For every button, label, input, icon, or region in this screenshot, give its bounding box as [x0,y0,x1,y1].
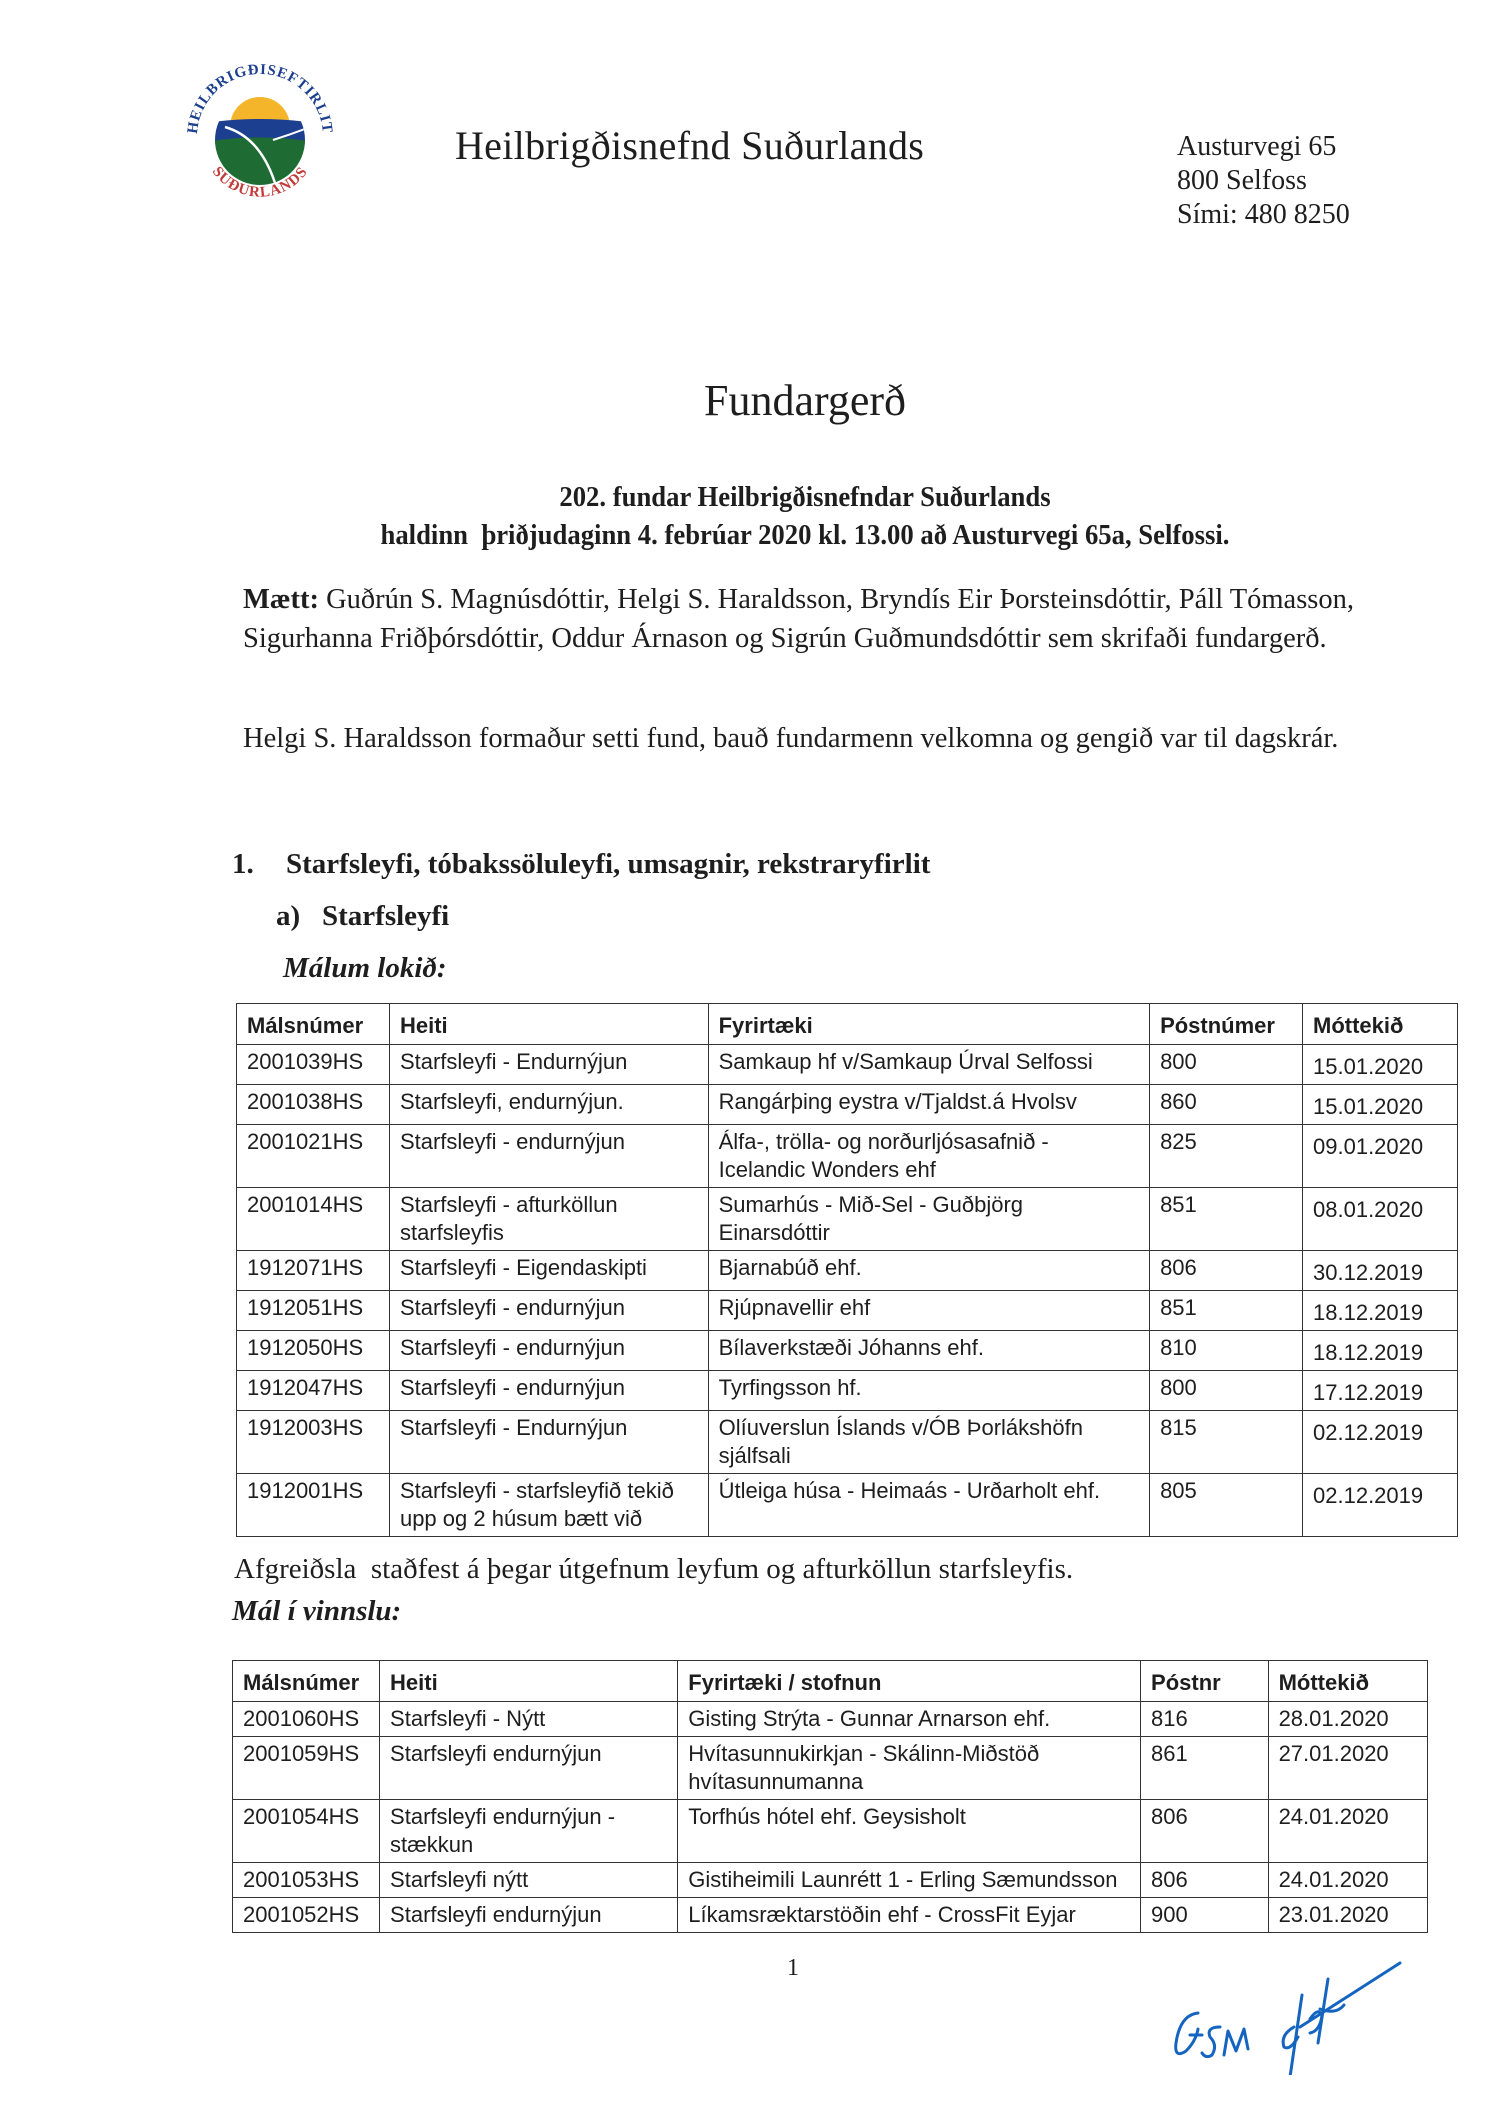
cell-company: Líkamsræktarstöðin ehf - CrossFit Eyjar [678,1898,1141,1933]
cell-postal-code: 861 [1141,1737,1269,1800]
table-row: 2001060HSStarfsleyfi - NýttGisting Strýt… [233,1702,1428,1737]
cell-title: Starfsleyfi - Eigendaskipti [389,1251,708,1291]
table-row: 2001053HSStarfsleyfi nýttGistiheimili La… [233,1863,1428,1898]
cell-postal-code: 900 [1141,1898,1269,1933]
cell-received-date: 30.12.2019 [1303,1251,1458,1291]
cell-received-date: 18.12.2019 [1303,1331,1458,1371]
column-header-title: Heiti [389,1004,708,1045]
cell-received-date: 23.01.2020 [1268,1898,1427,1933]
column-header-received-date: Móttekið [1268,1661,1427,1702]
cell-received-date: 02.12.2019 [1303,1474,1458,1537]
cell-received-date: 08.01.2020 [1303,1188,1458,1251]
cell-received-date: 18.12.2019 [1303,1291,1458,1331]
cell-case-number: 2001054HS [233,1800,380,1863]
cell-case-number: 1912047HS [237,1371,390,1411]
column-header-company: Fyrirtæki [708,1004,1149,1045]
page-number: 1 [787,1955,799,1982]
in-progress-cases-table: MálsnúmerHeitiFyrirtæki / stofnunPóstnrM… [232,1660,1428,1933]
cell-postal-code: 860 [1150,1085,1303,1125]
section-title: Starfsleyfi, tóbakssöluleyfi, umsagnir, … [286,848,930,880]
cell-case-number: 1912003HS [237,1411,390,1474]
cell-company: Olíuverslun Íslands v/ÓB Þorlákshöfn sjá… [708,1411,1149,1474]
subsection-letter: a) [276,900,322,933]
cell-company: Bjarnabúð ehf. [708,1251,1149,1291]
cell-title: Starfsleyfi endurnýjun [380,1898,678,1933]
cell-title: Starfsleyfi - starfsleyfið tekið upp og … [389,1474,708,1537]
table-row: 1912071HSStarfsleyfi - EigendaskiptiBjar… [237,1251,1458,1291]
cell-postal-code: 825 [1150,1125,1303,1188]
cell-received-date: 24.01.2020 [1268,1800,1427,1863]
cell-title: Starfsleyfi - Nýtt [380,1702,678,1737]
table-header-row: MálsnúmerHeitiFyrirtæki / stofnunPóstnrM… [233,1661,1428,1702]
section-number: 1. [232,848,286,881]
cell-case-number: 2001052HS [233,1898,380,1933]
cell-postal-code: 800 [1150,1045,1303,1085]
closed-cases-table: MálsnúmerHeitiFyrirtækiPóstnúmerMóttekið… [236,1003,1458,1537]
cell-company: Bílaverkstæði Jóhanns ehf. [708,1331,1149,1371]
address-street: Austurvegi 65 [1177,130,1350,164]
section-heading: 1.Starfsleyfi, tóbakssöluleyfi, umsagnir… [232,848,930,881]
cell-company: Hvítasunnukirkjan - Skálinn-Miðstöð hvít… [678,1737,1141,1800]
cell-case-number: 2001053HS [233,1863,380,1898]
table-row: 2001021HSStarfsleyfi - endurnýjunÁlfa-, … [237,1125,1458,1188]
subsection-heading: a)Starfsleyfi [276,900,449,933]
cell-title: Starfsleyfi - Endurnýjun [389,1045,708,1085]
cell-case-number: 1912001HS [237,1474,390,1537]
cell-received-date: 28.01.2020 [1268,1702,1427,1737]
table-row: 2001014HSStarfsleyfi - afturköllun starf… [237,1188,1458,1251]
cell-company: Rjúpnavellir ehf [708,1291,1149,1331]
attendees-list: Guðrún S. Magnúsdóttir, Helgi S. Haralds… [243,584,1354,654]
organization-logo-icon: HEILBRIGÐISEFTIRLIT SUÐURLANDS [175,45,345,215]
cell-case-number: 2001060HS [233,1702,380,1737]
meeting-heading-line-1: 202. fundar Heilbrigðisnefndar Suðurland… [64,478,1500,516]
column-header-postal-code: Póstnr [1141,1661,1269,1702]
cell-title: Starfsleyfi nýtt [380,1863,678,1898]
table-row: 2001059HSStarfsleyfi endurnýjunHvítasunn… [233,1737,1428,1800]
in-progress-cases-heading: Mál í vinnslu: [232,1595,401,1628]
table-row: 2001038HSStarfsleyfi, endurnýjun.Rangárþ… [237,1085,1458,1125]
cell-postal-code: 851 [1150,1188,1303,1251]
cell-case-number: 1912050HS [237,1331,390,1371]
handwritten-initials-icon [1160,1955,1420,2075]
cell-postal-code: 815 [1150,1411,1303,1474]
table-row: 1912050HSStarfsleyfi - endurnýjunBílaver… [237,1331,1458,1371]
cell-received-date: 09.01.2020 [1303,1125,1458,1188]
cell-title: Starfsleyfi - endurnýjun [389,1331,708,1371]
confirmation-text: Afgreiðsla staðfest á þegar útgefnum ley… [234,1553,1073,1586]
column-header-case-number: Málsnúmer [233,1661,380,1702]
meeting-heading: 202. fundar Heilbrigðisnefndar Suðurland… [64,478,1500,554]
cell-case-number: 1912051HS [237,1291,390,1331]
cell-received-date: 15.01.2020 [1303,1045,1458,1085]
table-row: 2001052HSStarfsleyfi endurnýjunLíkamsræk… [233,1898,1428,1933]
closed-cases-heading: Málum lokið: [283,952,447,985]
cell-received-date: 17.12.2019 [1303,1371,1458,1411]
cell-received-date: 02.12.2019 [1303,1411,1458,1474]
cell-company: Torfhús hótel ehf. Geysisholt [678,1800,1141,1863]
cell-postal-code: 806 [1141,1800,1269,1863]
opening-paragraph: Helgi S. Haraldsson formaður setti fund,… [243,719,1363,758]
cell-company: Gistiheimili Launrétt 1 - Erling Sæmunds… [678,1863,1141,1898]
column-header-case-number: Málsnúmer [237,1004,390,1045]
cell-title: Starfsleyfi - Endurnýjun [389,1411,708,1474]
document-title: Fundargerð [0,375,1500,426]
cell-received-date: 15.01.2020 [1303,1085,1458,1125]
cell-postal-code: 805 [1150,1474,1303,1537]
meeting-heading-line-2: haldinn þriðjudaginn 4. febrúar 2020 kl.… [64,516,1500,554]
table-row: 1912001HSStarfsleyfi - starfsleyfið teki… [237,1474,1458,1537]
cell-title: Starfsleyfi - endurnýjun [389,1125,708,1188]
table-header-row: MálsnúmerHeitiFyrirtækiPóstnúmerMóttekið [237,1004,1458,1045]
table-row: 1912047HSStarfsleyfi - endurnýjunTyrfing… [237,1371,1458,1411]
cell-title: Starfsleyfi - endurnýjun [389,1291,708,1331]
cell-case-number: 2001059HS [233,1737,380,1800]
cell-company: Álfa-, trölla- og norðurljósasafnið - Ic… [708,1125,1149,1188]
cell-case-number: 2001039HS [237,1045,390,1085]
cell-case-number: 2001014HS [237,1188,390,1251]
cell-title: Starfsleyfi - endurnýjun [389,1371,708,1411]
column-header-received-date: Móttekið [1303,1004,1458,1045]
cell-title: Starfsleyfi endurnýjun [380,1737,678,1800]
attendees-label: Mætt: [243,584,319,615]
cell-company: Rangárþing eystra v/Tjaldst.á Hvolsv [708,1085,1149,1125]
cell-postal-code: 800 [1150,1371,1303,1411]
cell-company: Sumarhús - Mið-Sel - Guðbjörg Einarsdótt… [708,1188,1149,1251]
table-row: 1912003HSStarfsleyfi - EndurnýjunOlíuver… [237,1411,1458,1474]
cell-title: Starfsleyfi - afturköllun starfsleyfis [389,1188,708,1251]
column-header-postal-code: Póstnúmer [1150,1004,1303,1045]
organization-address: Austurvegi 65 800 Selfoss Sími: 480 8250 [1177,130,1350,232]
attendees-paragraph: Mætt: Guðrún S. Magnúsdóttir, Helgi S. H… [243,580,1363,658]
cell-postal-code: 806 [1141,1863,1269,1898]
cell-case-number: 1912071HS [237,1251,390,1291]
cell-title: Starfsleyfi, endurnýjun. [389,1085,708,1125]
cell-case-number: 2001038HS [237,1085,390,1125]
address-phone: Sími: 480 8250 [1177,198,1350,232]
column-header-title: Heiti [380,1661,678,1702]
table-row: 2001039HSStarfsleyfi - EndurnýjunSamkaup… [237,1045,1458,1085]
cell-postal-code: 816 [1141,1702,1269,1737]
cell-postal-code: 806 [1150,1251,1303,1291]
cell-title: Starfsleyfi endurnýjun - stækkun [380,1800,678,1863]
cell-company: Samkaup hf v/Samkaup Úrval Selfossi [708,1045,1149,1085]
cell-postal-code: 810 [1150,1331,1303,1371]
organization-name: Heilbrigðisnefnd Suðurlands [455,122,924,169]
table-row: 1912051HSStarfsleyfi - endurnýjunRjúpnav… [237,1291,1458,1331]
cell-received-date: 27.01.2020 [1268,1737,1427,1800]
cell-case-number: 2001021HS [237,1125,390,1188]
table-row: 2001054HSStarfsleyfi endurnýjun - stækku… [233,1800,1428,1863]
cell-company: Tyrfingsson hf. [708,1371,1149,1411]
cell-company: Gisting Strýta - Gunnar Arnarson ehf. [678,1702,1141,1737]
address-city: 800 Selfoss [1177,164,1350,198]
column-header-company: Fyrirtæki / stofnun [678,1661,1141,1702]
cell-postal-code: 851 [1150,1291,1303,1331]
cell-company: Útleiga húsa - Heimaás - Urðarholt ehf. [708,1474,1149,1537]
cell-received-date: 24.01.2020 [1268,1863,1427,1898]
subsection-title: Starfsleyfi [322,900,449,932]
